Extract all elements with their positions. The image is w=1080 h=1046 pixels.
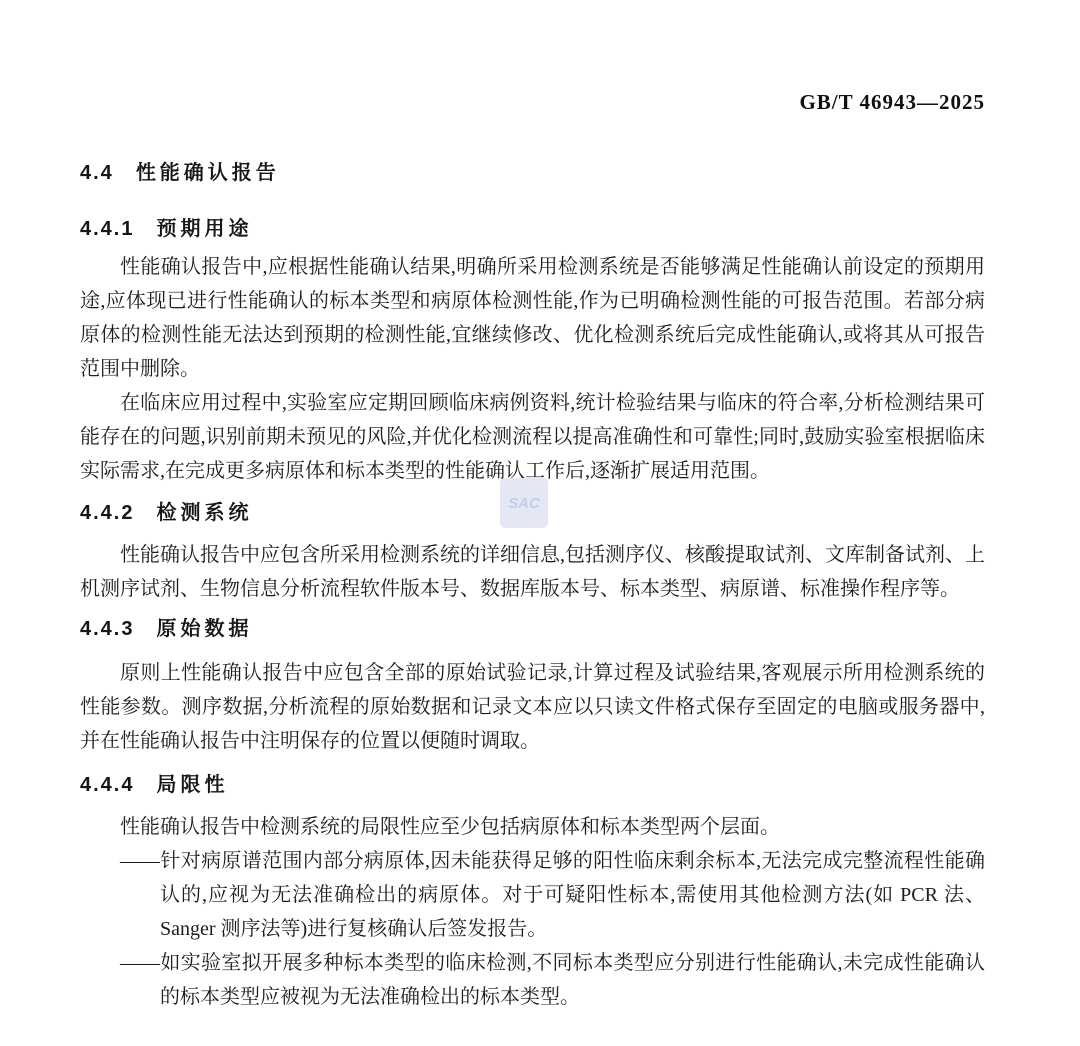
dash-list-item-specimen-type: ——如实验室拟开展多种标本类型的临床检测,不同标本类型应分别进行性能确认,未完成…: [80, 946, 985, 1014]
paragraph-intended-use-1: 性能确认报告中,应根据性能确认结果,明确所采用检测系统是否能够满足性能确认前设定…: [80, 250, 985, 386]
dash-list-item-pathogen: ——针对病原谱范围内部分病原体,因未能获得足够的阳性临床剩余标本,无法完成完整流…: [80, 844, 985, 946]
section-title: 局限性: [156, 770, 228, 800]
standard-number: GB/T 46943—2025: [80, 90, 985, 114]
section-number: 4.4: [80, 158, 114, 188]
paragraph-intended-use-2: 在临床应用过程中,实验室应定期回顾临床病例资料,统计检验结果与临床的符合率,分析…: [80, 386, 985, 488]
document-page: GB/T 46943—2025 SAC 4.4 性能确认报告 4.4.1 预期用…: [0, 0, 1080, 1046]
section-number: 4.4.2: [80, 498, 134, 528]
section-heading-4-4-3: 4.4.3 原始数据: [80, 614, 985, 644]
section-heading-4-4-4: 4.4.4 局限性: [80, 770, 985, 800]
paragraph-raw-data: 原则上性能确认报告中应包含全部的原始试验记录,计算过程及试验结果,客观展示所用检…: [80, 656, 985, 758]
section-number: 4.4.4: [80, 770, 134, 800]
section-number: 4.4.3: [80, 614, 134, 644]
section-number: 4.4.1: [80, 214, 134, 244]
section-title: 原始数据: [156, 614, 252, 644]
section-title: 性能确认报告: [136, 158, 280, 188]
section-heading-4-4: 4.4 性能确认报告: [80, 158, 985, 188]
section-heading-4-4-2: 4.4.2 检测系统: [80, 498, 985, 528]
section-title: 预期用途: [156, 214, 252, 244]
paragraph-limitations: 性能确认报告中检测系统的局限性应至少包括病原体和标本类型两个层面。: [80, 810, 985, 844]
section-title: 检测系统: [156, 498, 252, 528]
paragraph-detection-system: 性能确认报告中应包含所采用检测系统的详细信息,包括测序仪、核酸提取试剂、文库制备…: [80, 538, 985, 606]
section-heading-4-4-1: 4.4.1 预期用途: [80, 214, 985, 244]
